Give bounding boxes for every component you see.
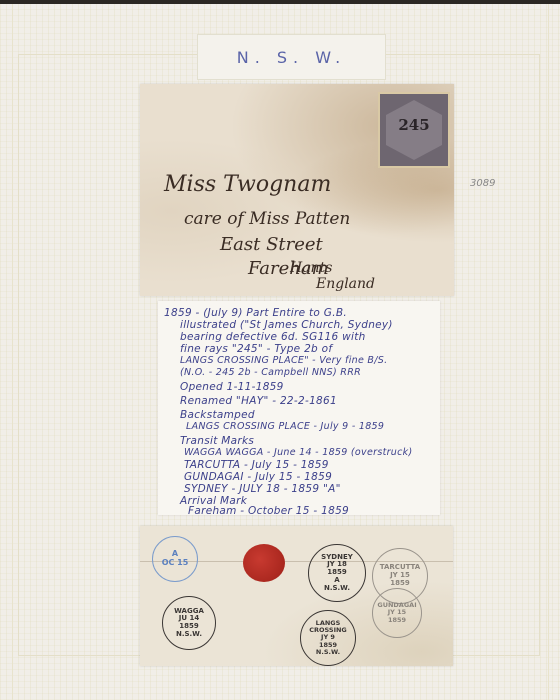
postmark-fareham: A OC 15: [152, 536, 198, 582]
page-title: N. S. W.: [237, 48, 347, 67]
note-line: SYDNEY - JULY 18 - 1859 "A": [184, 483, 341, 495]
border-line: [548, 4, 549, 700]
wax-seal-icon: [243, 544, 285, 582]
note-line: LANGS CROSSING PLACE - July 9 - 1859: [186, 421, 384, 432]
note-line: bearing defective 6d. SG116 with: [180, 331, 366, 343]
postmark-sydney: SYDNEY JY 18 1859 A N.S.W.: [308, 544, 366, 602]
note-line: Transit Marks: [180, 435, 254, 447]
address-line: East Street: [220, 234, 323, 255]
pencil-catalog-note: 3089: [470, 178, 495, 189]
cover-back: A OC 15 SYDNEY JY 18 1859 A N.S.W. TARCU…: [140, 526, 453, 666]
note-line: Renamed "HAY" - 22-2-1861: [180, 395, 337, 407]
note-line: fine rays "245" - Type 2b of: [180, 343, 332, 355]
note-line: Fareham - October 15 - 1859: [188, 505, 349, 517]
note-line: illustrated ("St James Church, Sydney): [180, 319, 393, 331]
title-box: N. S. W.: [197, 34, 386, 80]
note-line: TARCUTTA - July 15 - 1859: [184, 459, 329, 471]
address-line: care of Miss Patten: [184, 209, 350, 229]
address-line: England: [316, 276, 375, 292]
postmark-gundagai: GUNDAGAI JY 15 1859: [372, 588, 422, 638]
cover-front: 245 Miss Twognam care of Miss Patten Eas…: [140, 84, 454, 296]
note-line: (N.O. - 245 2b - Campbell NNS) RRR: [180, 367, 361, 378]
note-line: GUNDAGAI - July 15 - 1859: [184, 471, 332, 483]
note-line: Opened 1-11-1859: [180, 381, 284, 393]
address-line: Miss Twognam: [164, 172, 331, 197]
note-line: LANGS CROSSING PLACE" - Very fine B/S.: [180, 355, 387, 366]
description-card: 1859 - (July 9) Part Entire to G.B. illu…: [158, 301, 440, 515]
border-line: [12, 4, 13, 700]
note-line: WAGGA WAGGA - June 14 - 1859 (overstruck…: [184, 447, 412, 458]
stamp-image: 245: [378, 92, 450, 168]
address-line: Hants: [290, 260, 332, 276]
postmark-langs-crossing-place: LANGS CROSSING JY 9 1859 N.S.W.: [300, 610, 356, 666]
note-line: Backstamped: [180, 409, 255, 421]
note-line: 1859 - (July 9) Part Entire to G.B.: [164, 307, 347, 319]
postmark-wagga-wagga: WAGGA JU 14 1859 N.S.W.: [162, 596, 216, 650]
stamp-cancel-number: 245: [380, 116, 448, 134]
